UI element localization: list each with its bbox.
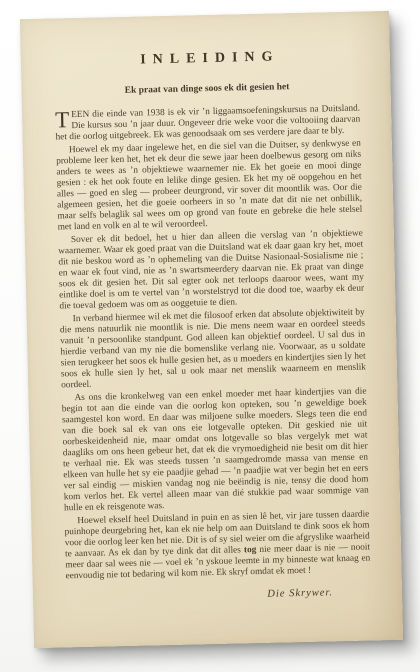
- paragraph-4: In verband hiermee wil ek met die filoso…: [60, 308, 367, 392]
- paragraph-3: Sover ek dit bedoel, het u hier dan alle…: [58, 229, 365, 313]
- book-page: INLEIDING Ek praat van dinge soos ek dit…: [20, 11, 403, 648]
- author-signature: Die Skrywer.: [66, 586, 371, 604]
- page-content: INLEIDING Ek praat van dinge soos ek dit…: [54, 48, 371, 605]
- paragraph-1: TEEN die einde van 1938 is ek vir ’n lig…: [55, 104, 361, 144]
- dropcap-letter: T: [55, 110, 71, 129]
- paragraph-1-text: EEN die einde van 1938 is ek vir ’n ligg…: [55, 104, 360, 143]
- scan-backdrop: INLEIDING Ek praat van dinge soos ek dit…: [0, 0, 420, 672]
- page-subtitle: Ek praat van dinge soos ek dit gesien he…: [54, 81, 359, 98]
- paragraph-6: Hoewel ekself heel Duitsland in puin en …: [64, 509, 370, 582]
- paragraph-5: As ons die kronkelweg van een enkel moed…: [61, 387, 369, 515]
- paragraph-2: Hoewel ek my daar ingelewe het, en die s…: [56, 139, 363, 234]
- page-title: INLEIDING: [54, 48, 359, 71]
- body-text: TEEN die einde van 1938 is ek vir ’n lig…: [55, 104, 371, 583]
- paragraph-6-emphasis: tog: [244, 545, 257, 555]
